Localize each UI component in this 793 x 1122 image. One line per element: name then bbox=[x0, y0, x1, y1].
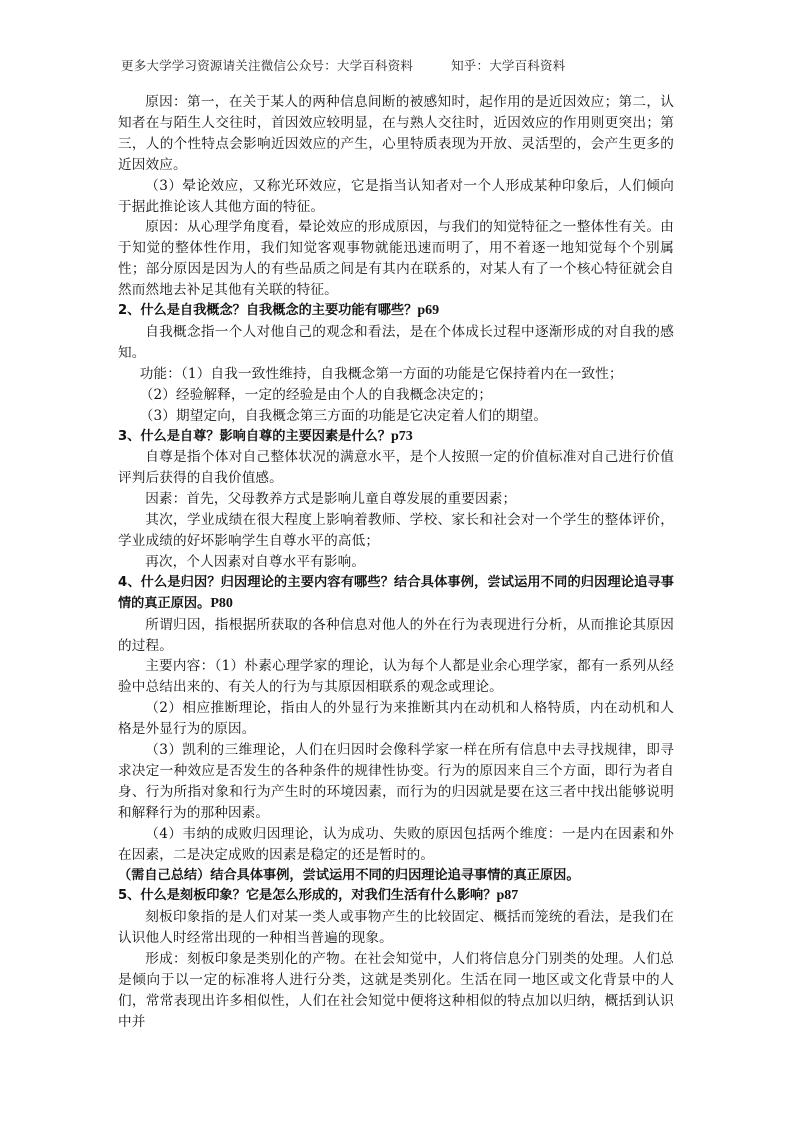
paragraph-attribution-theory-1: 主要内容：（1）朴素心理学家的理论，认为每个人都是业余心理学家，都有一系列从经验… bbox=[118, 656, 674, 698]
question-heading-self-esteem: 3、什么是自尊？影响自尊的主要因素是什么？p73 bbox=[118, 427, 674, 448]
document-body: 原因：第一，在关于某人的两种信息间断的被感知时，起作用的是近因效应；第二，认知者… bbox=[118, 92, 674, 1033]
paragraph-self-esteem-factor-3: 再次，个人因素对自尊水平有影响。 bbox=[118, 552, 674, 573]
heading-text: 3、什么是自尊？影响自尊的主要因素是什么？ bbox=[118, 429, 391, 444]
question-heading-attribution: 4、什么是归因？归因理论的主要内容有哪些？结合具体事例，尝试运用不同的归因理论追… bbox=[118, 573, 674, 615]
page-reference: p87 bbox=[496, 888, 518, 903]
paragraph-halo-effect-definition: （3）晕论效应，又称光环效应，它是指当认知者对一个人形成某种印象后，人们倾向于据… bbox=[118, 176, 674, 218]
paragraph-attribution-theory-2: （2）相应推断理论，指由人的外显行为来推断其内在动机和人格特质，内在动机和人格是… bbox=[118, 698, 674, 740]
paragraph-recency-effect-causes: 原因：第一，在关于某人的两种信息间断的被感知时，起作用的是近因效应；第二，认知者… bbox=[118, 92, 674, 176]
header-zhihu-notice: 知乎：大学百科资料 bbox=[451, 58, 565, 73]
page-reference: p69 bbox=[417, 303, 439, 318]
paragraph-self-concept-function-1: 功能：（1）自我一致性维持，自我概念第一方面的功能是它保持着内在一致性； bbox=[118, 364, 674, 385]
question-heading-self-concept: 2、什么是自我概念？自我概念的主要功能有哪些？p69 bbox=[118, 301, 674, 322]
paragraph-stereotype-definition: 刻板印象指的是人们对某一类人或事物产生的比较固定、概括而笼统的看法，是我们在认识… bbox=[118, 907, 674, 949]
question-heading-stereotype: 5、什么是刻板印象？它是怎么形成的，对我们生活有什么影响？p87 bbox=[118, 886, 674, 907]
page-header: 更多大学学习资源请关注微信公众号：大学百科资料知乎：大学百科资料 bbox=[121, 58, 565, 74]
paragraph-self-esteem-factor-2: 其次，学业成绩在很大程度上影响着教师、学校、家长和社会对一个学生的整体评价，学业… bbox=[118, 510, 674, 552]
heading-text: 5、什么是刻板印象？它是怎么形成的，对我们生活有什么影响？ bbox=[118, 888, 496, 903]
page-reference: p73 bbox=[391, 429, 413, 444]
paragraph-self-concept-function-2: （2）经验解释，一定的经验是由个人的自我概念决定的； bbox=[118, 385, 674, 406]
paragraph-halo-effect-causes: 原因：从心理学角度看，晕论效应的形成原因，与我们的知觉特征之一整体性有关。由于知… bbox=[118, 217, 674, 301]
paragraph-self-concept-definition: 自我概念指一个人对他自己的观念和看法，是在个体成长过程中逐渐形成的对自我的感知。 bbox=[118, 322, 674, 364]
paragraph-attribution-theory-4: （4）韦纳的成败归因理论，认为成功、失败的原因包括两个维度：一是内在因素和外在因… bbox=[118, 824, 674, 866]
heading-text: 4、什么是归因？归因理论的主要内容有哪些？结合具体事例，尝试运用不同的归因理论追… bbox=[118, 575, 674, 611]
note-summarize-yourself: （需自己总结）结合具体事例，尝试运用不同的归因理论追寻事情的真正原因。 bbox=[118, 866, 674, 887]
paragraph-self-concept-function-3: （3）期望定向，自我概念第三方面的功能是它决定着人们的期望。 bbox=[118, 406, 674, 427]
paragraph-stereotype-formation: 形成：刻板印象是类别化的产物。在社会知觉中，人们将信息分门别类的处理。人们总是倾… bbox=[118, 949, 674, 1033]
paragraph-self-esteem-definition: 自尊是指个体对自己整体状况的满意水平，是个人按照一定的价值标准对自己进行价值评判… bbox=[118, 447, 674, 489]
paragraph-attribution-theory-3: （3）凯利的三维理论，人们在归因时会像科学家一样在所有信息中去寻找规律，即寻求决… bbox=[118, 740, 674, 824]
header-wechat-notice: 更多大学学习资源请关注微信公众号：大学百科资料 bbox=[121, 58, 413, 73]
page-reference: P80 bbox=[210, 596, 233, 611]
paragraph-self-esteem-factor-1: 因素：首先，父母教养方式是影响儿童自尊发展的重要因素； bbox=[118, 489, 674, 510]
paragraph-attribution-definition: 所谓归因，指根据所获取的各种信息对他人的外在行为表现进行分析，从而推论其原因的过… bbox=[118, 615, 674, 657]
heading-text: 2、什么是自我概念？自我概念的主要功能有哪些？ bbox=[118, 303, 417, 318]
